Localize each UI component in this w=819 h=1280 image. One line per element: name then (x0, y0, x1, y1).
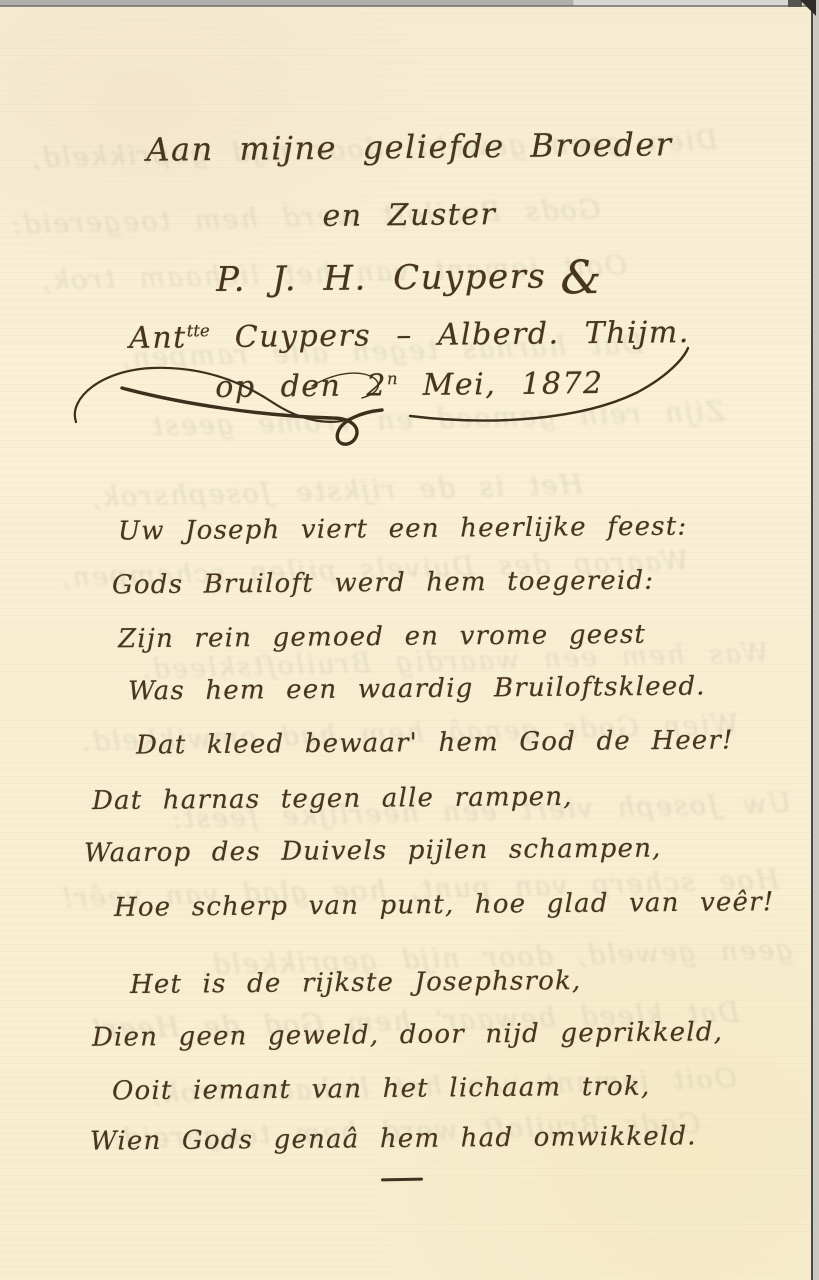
scan-edge-right-line (811, 0, 813, 1280)
poem-line: Gods Bruiloft werd hem toegereid: (112, 566, 655, 601)
end-dash (381, 1178, 423, 1182)
manuscript-page: Dien geen geweld, door nijd geprikkeld, … (0, 6, 811, 1280)
poem-line: Dat harnas tegen alle rampen, (92, 782, 573, 816)
poem-line: Wien Gods genaâ hem had omwikkeld. (90, 1121, 697, 1156)
poem-line: Was hem een waardig Bruiloftskleed. (128, 671, 706, 706)
dedication-line-1: Aan mijne geliefde Broeder (0, 124, 819, 171)
poem-line: Hoe scherp van punt, hoe glad van veêr! (114, 887, 775, 923)
poem-line: Uw Joseph viert een heerlijke feest: (118, 512, 688, 547)
ampersand-flourish: & (546, 250, 603, 305)
poem-line: Het is de rijkste Josephsrok, (130, 966, 582, 1000)
poem-line: Dat kleed bewaar' hem God de Heer! (136, 725, 734, 760)
dedication-line-2: en Zuster (0, 194, 819, 238)
scan-edge-right (812, 0, 819, 1280)
flourish-divider (62, 346, 702, 476)
scan-edge-top-line (0, 5, 819, 7)
poem-line: Waarop des Duivels pijlen schampen, (84, 833, 662, 868)
poem-line: Ooit iemant van het lichaam trok, (112, 1072, 651, 1107)
poem-line: Zijn rein gemoed en vrome geest (118, 620, 646, 655)
bleed-through-text: Het is de rijkste Josephsrok, (90, 470, 584, 514)
scan-notch (788, 0, 802, 7)
dedication-name-groom: P. J. H. Cuypers& (0, 254, 819, 303)
poem-line: Dien geen geweld, door nijd geprikkeld, (92, 1017, 723, 1053)
